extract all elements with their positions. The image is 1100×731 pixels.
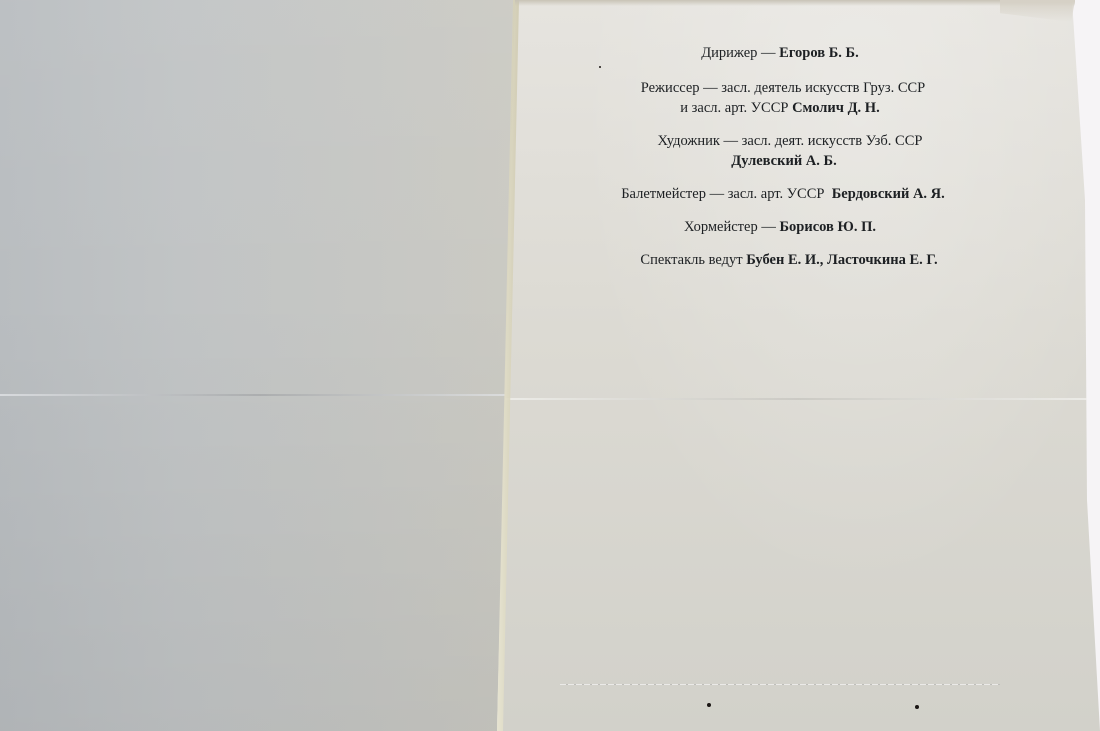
- credit-line: Художник — засл. деят. искусств Узб. ССР: [560, 131, 1000, 151]
- credit-ballet-master: Балетмейстер — засл. арт. УССР Бердовски…: [560, 184, 1000, 204]
- credit-role-text: Хормейстер —: [684, 219, 779, 235]
- credit-line: и засл. арт. УССР Смолич Д. Н.: [560, 98, 1000, 118]
- credit-stage-managers: Спектакль ведут Бубен Е. И., Ласточкина …: [560, 250, 1000, 270]
- credit-role-text: Дирижер —: [701, 45, 779, 61]
- credit-role-text: Балетмейстер — засл. арт. УССР: [621, 186, 831, 202]
- credit-role-text: Режиссер — засл. деятель искусств Груз. …: [641, 80, 926, 96]
- credit-line: Балетмейстер — засл. арт. УССР Бердовски…: [566, 184, 1000, 204]
- credit-person-name: Бердовский А. Я.: [832, 186, 945, 202]
- credit-role-text: и засл. арт. УССР: [680, 100, 792, 116]
- credit-line: Дирижер — Егоров Б. Б.: [560, 43, 1000, 63]
- scanned-program-spread: Дирижер — Егоров Б. Б. Режиссер — засл. …: [0, 0, 1100, 731]
- credit-role-text: Художник — засл. деят. искусств Узб. ССР: [658, 133, 923, 149]
- ink-speck: [599, 66, 601, 68]
- credit-chorus-master: Хормейстер — Борисов Ю. П.: [560, 217, 1000, 237]
- left-page-blank: [0, 0, 520, 731]
- credit-line: Хормейстер — Борисов Ю. П.: [560, 217, 1000, 237]
- ink-speck: [707, 703, 711, 707]
- credit-person-name: Бубен Е. И., Ласточкина Е. Г.: [746, 252, 937, 268]
- credits-block: Дирижер — Егоров Б. Б. Режиссер — засл. …: [560, 43, 1000, 283]
- ink-speck: [915, 705, 919, 709]
- perforation-line: [560, 684, 1000, 685]
- credit-role-text: Спектакль ведут: [640, 252, 746, 268]
- credit-line: Спектакль ведут Бубен Е. И., Ласточкина …: [578, 250, 1000, 270]
- credit-line: Дулевский А. Б.: [560, 151, 1000, 171]
- top-edge-shadow: [515, 0, 1075, 6]
- credit-artist: Художник — засл. деят. искусств Узб. ССР…: [560, 131, 1000, 171]
- credit-conductor: Дирижер — Егоров Б. Б.: [560, 43, 1000, 63]
- credit-person-name: Борисов Ю. П.: [779, 219, 876, 235]
- credit-person-name: Егоров Б. Б.: [779, 45, 859, 61]
- credit-line: Режиссер — засл. деятель искусств Груз. …: [560, 78, 1000, 98]
- credit-director: Режиссер — засл. деятель искусств Груз. …: [560, 78, 1000, 118]
- credit-person-name: Смолич Д. Н.: [792, 100, 880, 116]
- credit-person-name: Дулевский А. Б.: [731, 153, 837, 169]
